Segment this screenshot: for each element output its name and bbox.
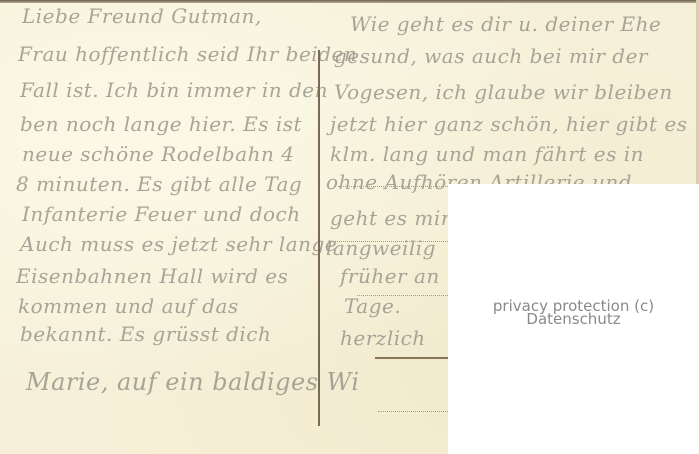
handwriting-line: Liebe Freund Gutman, xyxy=(22,4,262,28)
handwriting-line: Eisenbahnen Hall wird es xyxy=(16,264,288,288)
handwriting-line: früher an xyxy=(340,264,440,288)
privacy-notice-subtext: Datenschutz xyxy=(448,310,699,328)
address-line-5 xyxy=(378,411,448,412)
handwriting-line: Frau hoffentlich seid Ihr beiden xyxy=(18,42,357,66)
address-line-3 xyxy=(357,295,448,296)
handwriting-line: klm. lang und man fährt es in xyxy=(330,142,644,166)
handwriting-line: Tage. xyxy=(344,294,401,318)
handwriting-line: 8 minuten. Es gibt alle Tag xyxy=(16,172,302,196)
card-top-edge xyxy=(0,0,699,3)
handwriting-line: ben noch lange hier. Es ist xyxy=(20,112,302,136)
privacy-protection-overlay: privacy protection (c) Datenschutz xyxy=(448,184,699,454)
handwriting-line: bekannt. Es grüsst dich xyxy=(20,322,271,346)
handwriting-line: jetzt hier ganz schön, hier gibt es xyxy=(330,112,688,136)
handwriting-line: langweilig xyxy=(326,236,436,260)
closing-line: Marie, auf ein baldiges Wi xyxy=(26,368,360,396)
handwriting-line: kommen und auf das xyxy=(18,294,239,318)
postcard-back: Liebe Freund Gutman, Frau hoffentlich se… xyxy=(0,0,699,454)
address-line-2 xyxy=(335,241,448,242)
handwriting-line: herzlich xyxy=(340,326,426,350)
handwriting-line: geht es mir xyxy=(330,206,451,230)
address-line-1 xyxy=(338,186,448,187)
handwriting-line: Auch muss es jetzt sehr lange xyxy=(20,232,337,256)
handwriting-line: neue schöne Rodelbahn 4 xyxy=(22,142,294,166)
handwriting-line: Infanterie Feuer und doch xyxy=(22,202,301,226)
address-line-4 xyxy=(375,357,448,359)
handwriting-line: gesund, was auch bei mir der xyxy=(334,44,648,68)
handwriting-line: Fall ist. Ich bin immer in den xyxy=(20,78,328,102)
postcard-divider-line xyxy=(318,50,320,426)
handwriting-line: Vogesen, ich glaube wir bleiben xyxy=(334,80,673,104)
handwriting-line: Wie geht es dir u. deiner Ehe xyxy=(350,12,661,36)
